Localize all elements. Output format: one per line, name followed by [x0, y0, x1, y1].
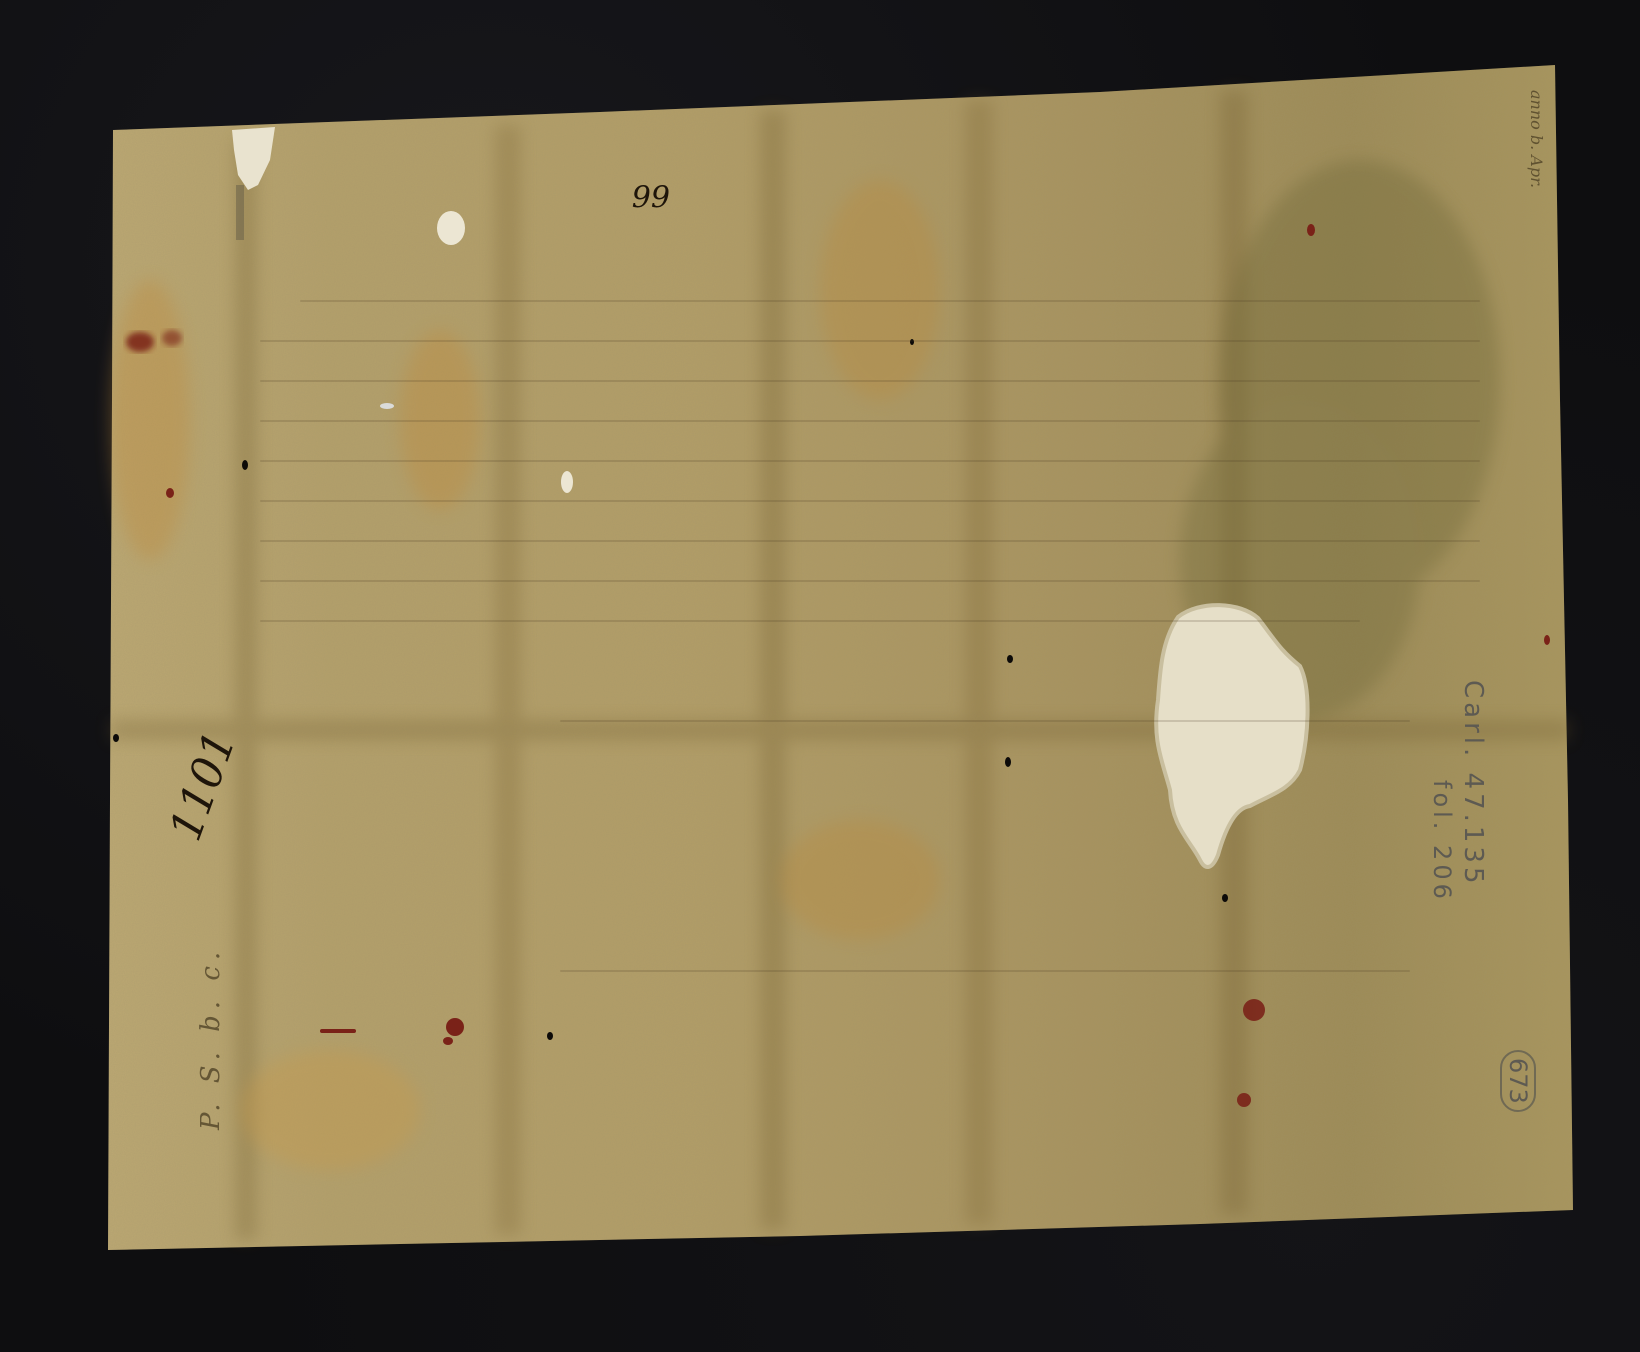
- parchment-sheet: [0, 0, 1640, 1352]
- circled-inventory-number: 673: [1500, 1050, 1536, 1112]
- top-right-marginal-note: anno b. Apr.: [1527, 90, 1546, 188]
- right-pencil-folio: fol. 206: [1428, 780, 1456, 903]
- right-pencil-shelfmark: Carl. 47.135: [1458, 680, 1488, 888]
- left-lower-note: P. S. b. c.: [196, 946, 226, 1130]
- parchment-document: 66 1101 P. S. b. c. Carl. 47.135 fol. 20…: [0, 0, 1640, 1352]
- top-folio-number: 66: [632, 177, 670, 212]
